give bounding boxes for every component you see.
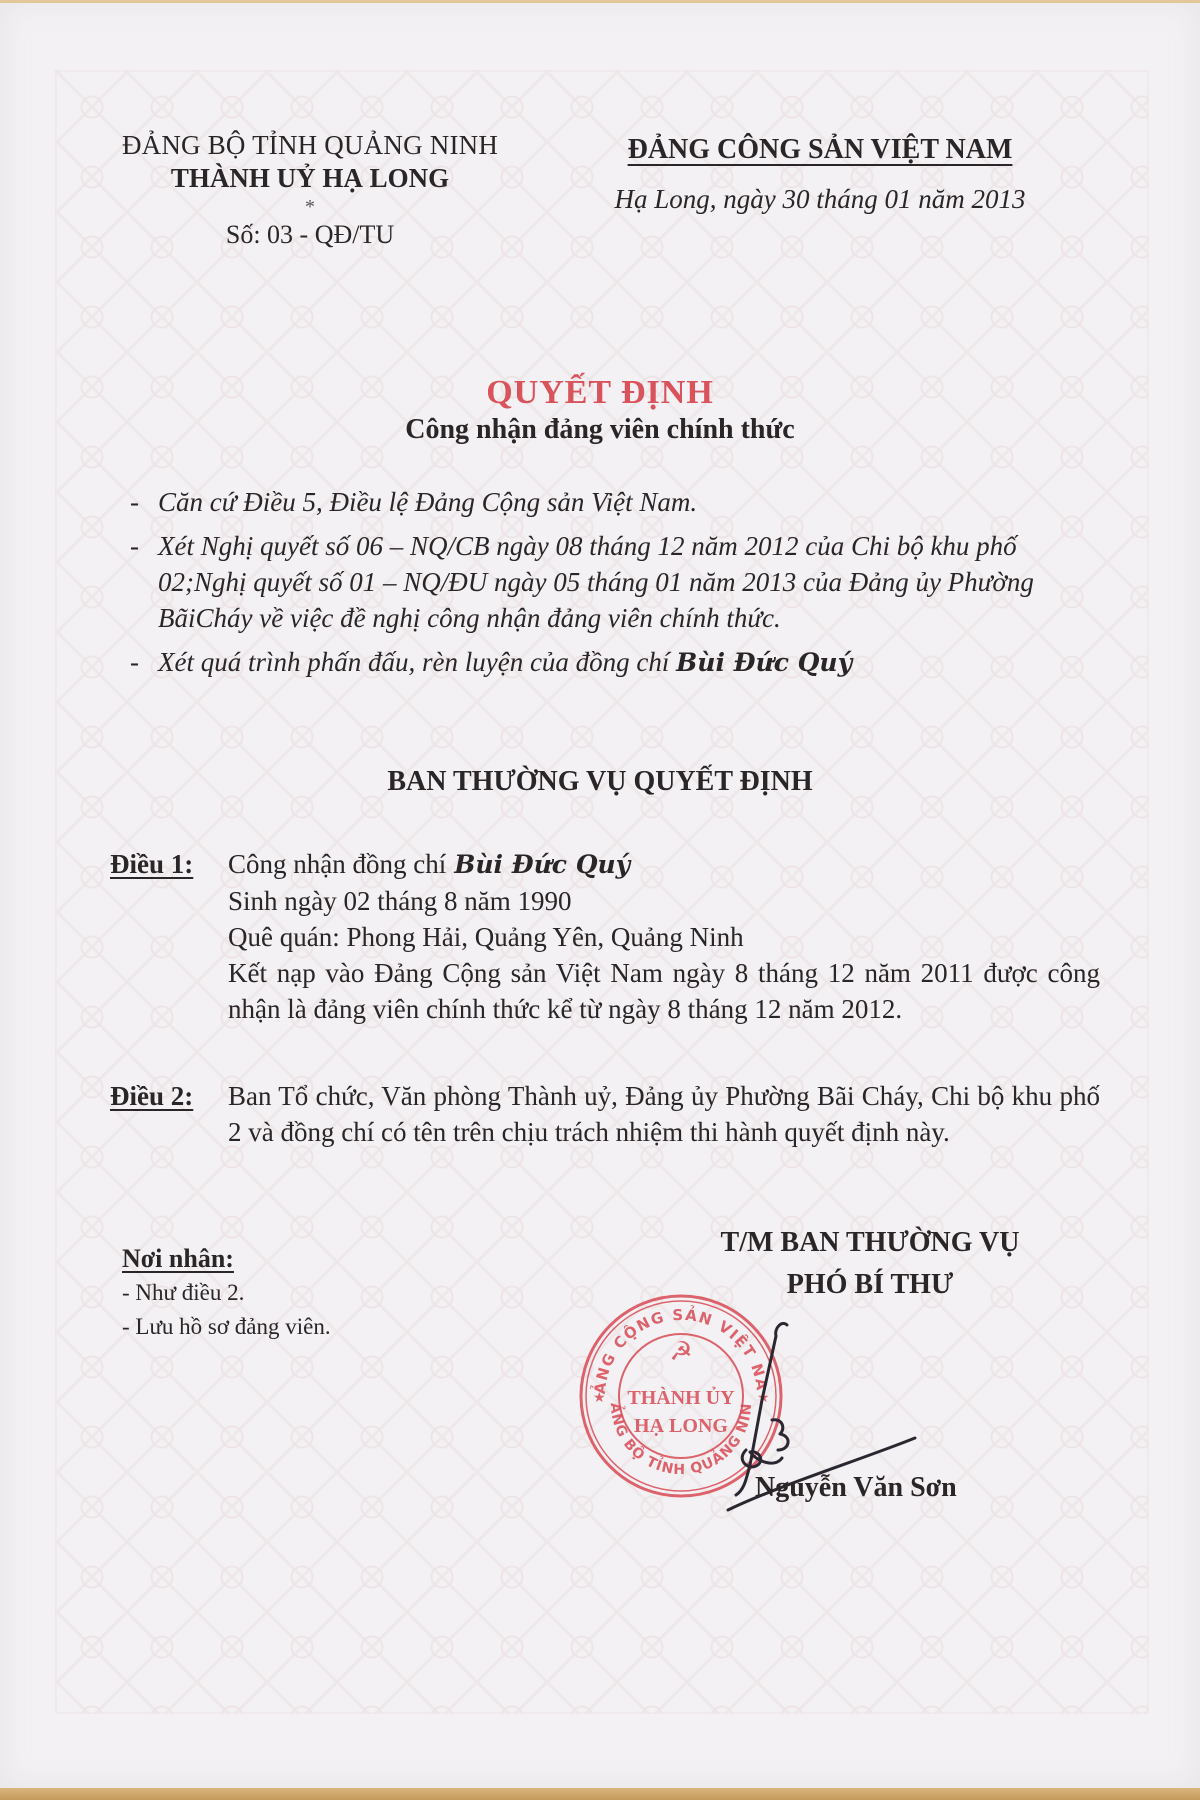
legal-basis-text: Xét quá trình phấn đấu, rèn luyện của đồ… <box>158 647 676 677</box>
star-separator-icon: * <box>80 200 540 214</box>
recipient-item: - Như điều 2. <box>122 1276 331 1310</box>
signer-name: Nguyễn Văn Sơn <box>755 1472 957 1504</box>
recipient-item: - Lưu hồ sơ đảng viên. <box>122 1310 331 1344</box>
article-label: Điều 1: <box>110 846 193 882</box>
article-2: Điều 2: Ban Tổ chức, Văn phòng Thành uỷ,… <box>110 1078 1100 1150</box>
legal-bases-list: - Căn cứ Điều 5, Điều lệ Đảng Cộng sản V… <box>130 484 1105 689</box>
hometown: Quê quán: Phong Hải, Quảng Yên, Quảng Ni… <box>228 919 1100 955</box>
birth-date: Sinh ngày 02 tháng 8 năm 1990 <box>228 883 1100 919</box>
city-party-committee: THÀNH UỶ HẠ LONG <box>80 163 540 194</box>
paper-top-edge <box>0 0 1200 3</box>
admission-details: Kết nạp vào Đảng Cộng sản Việt Nam ngày … <box>228 955 1100 1027</box>
document-title: QUYẾT ĐỊNH <box>0 374 1200 412</box>
article-1: Điều 1: Công nhận đồng chíBùi Đức Quý Si… <box>110 846 1100 1027</box>
member-name: Bùi Đức Quý <box>676 648 852 677</box>
bullet-dash: - <box>130 528 139 564</box>
article-intro-line: Công nhận đồng chíBùi Đức Quý <box>228 846 1100 883</box>
document-number: Số: 03 - QĐ/TU <box>80 220 540 250</box>
recipients-block: Nơi nhân: - Như điều 2. - Lưu hồ sơ đảng… <box>122 1242 331 1344</box>
article-text: Ban Tổ chức, Văn phòng Thành uỷ, Đảng ủy… <box>228 1078 1100 1150</box>
document-subtitle: Công nhận đảng viên chính thức <box>0 414 1200 446</box>
article-label: Điều 2: <box>110 1078 193 1114</box>
national-header: ĐẢNG CÔNG SẢN VIỆT NAM Hạ Long, ngày 30 … <box>560 134 1080 215</box>
article-intro: Công nhận đồng chí <box>228 849 446 879</box>
issuing-authority-header: ĐẢNG BỘ TỈNH QUẢNG NINH THÀNH UỶ HẠ LONG… <box>80 130 540 250</box>
bullet-dash: - <box>130 644 139 680</box>
recipients-heading: Nơi nhân: <box>122 1242 331 1276</box>
legal-basis-item: - Xét quá trình phấn đấu, rèn luyện của … <box>130 644 1105 681</box>
legal-basis-item: - Căn cứ Điều 5, Điều lệ Đảng Cộng sản V… <box>130 484 1105 520</box>
legal-basis-text: Xét Nghị quyết số 06 – NQ/CB ngày 08 thá… <box>158 531 1034 633</box>
legal-basis-text: Căn cứ Điều 5, Điều lệ Đảng Cộng sản Việ… <box>158 487 697 517</box>
provincial-party-committee: ĐẢNG BỘ TỈNH QUẢNG NINH <box>80 130 540 161</box>
member-name: Bùi Đức Quý <box>454 850 630 879</box>
paper-bottom-edge <box>0 1788 1200 1800</box>
place-and-date: Hạ Long, ngày 30 tháng 01 năm 2013 <box>560 184 1080 215</box>
on-behalf-of: T/M BAN THƯỜNG VỤ <box>660 1222 1080 1264</box>
bullet-dash: - <box>130 484 139 520</box>
party-name: ĐẢNG CÔNG SẢN VIỆT NAM <box>628 134 1013 166</box>
legal-basis-item: - Xét Nghị quyết số 06 – NQ/CB ngày 08 t… <box>130 528 1105 636</box>
decision-heading: BAN THƯỜNG VỤ QUYẾT ĐỊNH <box>0 766 1200 798</box>
